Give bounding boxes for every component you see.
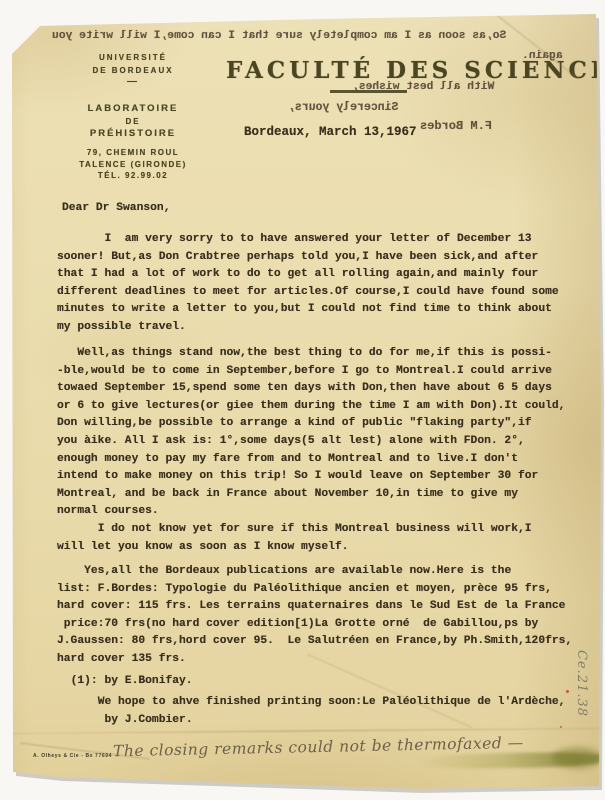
university-name: UNIVERSITÉ	[45, 52, 221, 65]
footnote: (1): by E.Bonifay.	[57, 673, 193, 691]
letter-paragraph-3: I do not know yet for sure if this Montr…	[57, 521, 532, 556]
bleedthrough-signature: F.M Bordes	[420, 119, 492, 133]
green-smudge-blob	[552, 747, 602, 769]
laboratory-name-line1: LABORATOIRE	[45, 103, 221, 116]
printer-mark: A. Olheys & Cie - Bx 77694	[33, 753, 112, 759]
letter-paragraph-2: Well,as things stand now,the best thing …	[57, 345, 565, 521]
letterhead-university-block: UNIVERSITÉ DE BORDEAUX —	[45, 52, 221, 87]
bleedthrough-text: So,as soon as I am completely sure that …	[52, 30, 506, 42]
letterhead-address-block: 79, CHEMIN ROUL TALENCE (GIRONDE) TÉL. 9…	[45, 147, 221, 182]
red-speck-small	[560, 726, 562, 728]
address-phone: TÉL. 92.99.02	[45, 170, 221, 182]
scanned-letter-page: So,as soon as I am completely sure that …	[0, 0, 605, 800]
laboratory-name-line2: DE	[45, 116, 221, 129]
address-street: 79, CHEMIN ROUL	[45, 147, 221, 159]
red-speck	[566, 690, 569, 693]
faculty-title: FACULTÉ DES SCIENCES	[226, 57, 605, 84]
letterhead-laboratory-block: LABORATOIRE DE PRÉHISTOIRE	[45, 103, 221, 141]
letter-paper: So,as soon as I am completely sure that …	[0, 0, 605, 800]
bleedthrough-sincerely: Sincerely yours,	[288, 101, 398, 114]
letter-paragraph-1: I am very sorry to to have answered your…	[57, 231, 559, 337]
address-city: TALENCE (GIRONDE)	[45, 159, 221, 171]
letterhead-divider: —	[45, 77, 221, 87]
letter-paragraph-4: Yes,all the Bordeaux publications are av…	[57, 563, 572, 669]
laboratory-name-line3: PRÉHISTOIRE	[45, 128, 221, 141]
dateline: Bordeaux, March 13,1967	[244, 124, 417, 142]
archive-code: Ce.21.38	[574, 650, 589, 717]
letter-paragraph-6: We hope to ahve finished printing soon:L…	[57, 694, 565, 729]
bleedthrough-top-line: So,as soon as I am completely sure that …	[52, 30, 506, 42]
letterhead-rule	[330, 90, 407, 93]
salutation: Dear Dr Swanson,	[62, 200, 170, 218]
